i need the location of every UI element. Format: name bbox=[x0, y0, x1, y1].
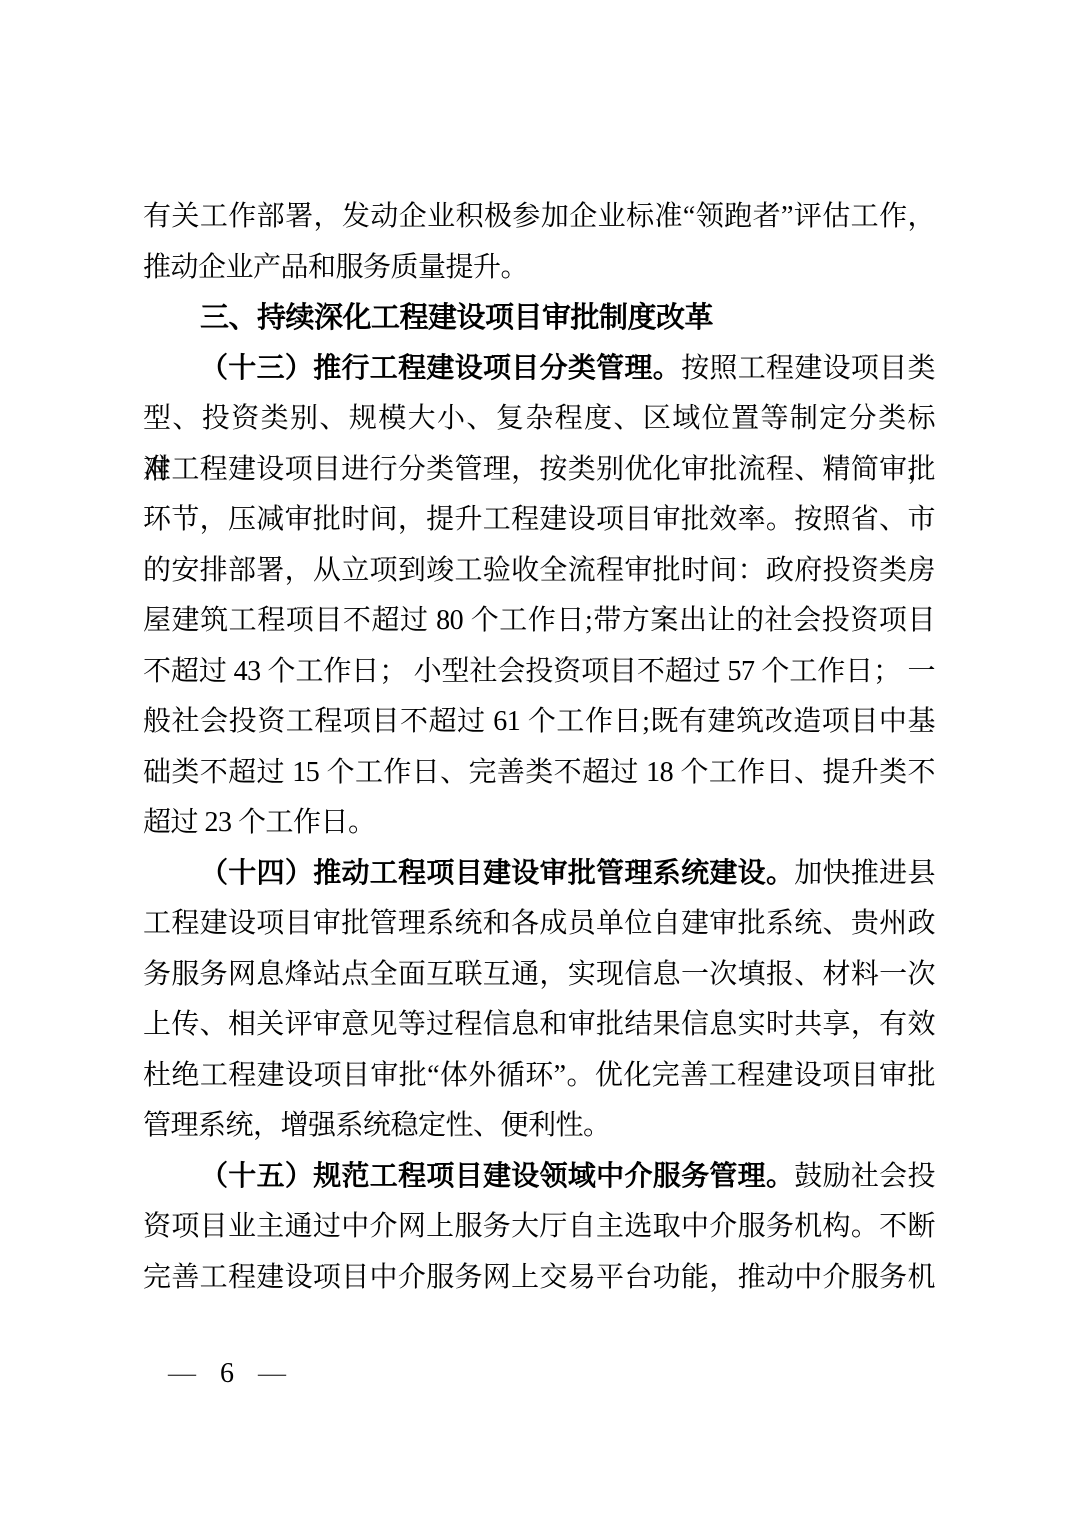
text-segment: 管理系统，增强系统稳定性、便利性。 bbox=[143, 1110, 611, 1141]
text-segment: 上传、相关评审意见等过程信息和审批结果信息实时共享，有效 bbox=[143, 1009, 935, 1040]
emphasis-segment: 三、持续深化工程建设项目审批制度改革 bbox=[200, 302, 713, 334]
text-line: 有关工作部署，发动企业积极参加企业标准“领跑者”评估工作， bbox=[143, 192, 935, 243]
footer-right-dash: — bbox=[258, 1358, 286, 1390]
text-segment: 加快推进县 bbox=[794, 858, 935, 889]
text-line: 资项目业主通过中介网上服务大厅自主选取中介服务机构。不断 bbox=[143, 1202, 935, 1253]
text-segment: 的安排部署，从立项到竣工验收全流程审批时间：政府投资类房 bbox=[143, 555, 935, 586]
text-line: 础类不超过 15 个工作日、完善类不超过 18 个工作日、提升类不 bbox=[143, 748, 935, 799]
text-line: 杜绝工程建设项目审批“体外循环”。优化完善工程建设项目审批 bbox=[143, 1051, 935, 1102]
text-line: 环节，压减审批时间，提升工程建设项目审批效率。按照省、市 bbox=[143, 495, 935, 546]
footer-left-dash: — bbox=[168, 1358, 196, 1390]
text-segment: 务服务网息烽站点全面互联互通，实现信息一次填报、材料一次 bbox=[143, 959, 935, 990]
text-line: 对工程建设项目进行分类管理，按类别优化审批流程、精简审批 bbox=[143, 445, 935, 496]
text-segment: 超过 23 个工作日。 bbox=[143, 807, 376, 838]
page-footer: — 6 — bbox=[168, 1358, 286, 1390]
emphasis-segment: （十四）推动工程项目建设审批管理系统建设。 bbox=[200, 858, 794, 889]
text-segment: 环节，压减审批时间，提升工程建设项目审批效率。按照省、市 bbox=[143, 504, 935, 535]
page-number: 6 bbox=[220, 1358, 234, 1390]
emphasis-segment: （十五）规范工程项目建设领域中介服务管理。 bbox=[200, 1161, 794, 1192]
text-line: 屋建筑工程项目不超过 80 个工作日;带方案出让的社会投资项目 bbox=[143, 596, 935, 647]
text-segment: 资项目业主通过中介网上服务大厅自主选取中介服务机构。不断 bbox=[143, 1211, 935, 1242]
text-line: 工程建设项目审批管理系统和各成员单位自建审批系统、贵州政 bbox=[143, 899, 935, 950]
text-segment: 完善工程建设项目中介服务网上交易平台功能，推动中介服务机 bbox=[143, 1262, 935, 1293]
emphasis-segment: （十三）推行工程建设项目分类管理。 bbox=[200, 353, 681, 384]
section-heading: 三、持续深化工程建设项目审批制度改革 bbox=[143, 293, 935, 344]
text-line: 的安排部署，从立项到竣工验收全流程审批时间：政府投资类房 bbox=[143, 546, 935, 597]
text-segment: 工程建设项目审批管理系统和各成员单位自建审批系统、贵州政 bbox=[143, 908, 935, 939]
text-line: 完善工程建设项目中介服务网上交易平台功能，推动中介服务机 bbox=[143, 1253, 935, 1304]
text-segment: 屋建筑工程项目不超过 80 个工作日;带方案出让的社会投资项目 bbox=[143, 605, 935, 636]
text-line: 不超过 43 个工作日； 小型社会投资项目不超过 57 个工作日； 一 bbox=[143, 647, 935, 698]
text-segment: 不超过 43 个工作日； 小型社会投资项目不超过 57 个工作日； 一 bbox=[143, 656, 935, 687]
document-page: 有关工作部署，发动企业积极参加企业标准“领跑者”评估工作，推动企业产品和服务质量… bbox=[0, 0, 1074, 1520]
text-line: 超过 23 个工作日。 bbox=[143, 798, 935, 849]
text-segment: 鼓励社会投 bbox=[794, 1161, 935, 1192]
text-line: 般社会投资工程项目不超过 61 个工作日;既有建筑改造项目中基 bbox=[143, 697, 935, 748]
text-line: （十五）规范工程项目建设领域中介服务管理。鼓励社会投 bbox=[143, 1152, 935, 1203]
text-segment: 推动企业产品和服务质量提升。 bbox=[143, 252, 528, 283]
text-segment: 杜绝工程建设项目审批“体外循环”。优化完善工程建设项目审批 bbox=[143, 1060, 935, 1091]
text-line: 推动企业产品和服务质量提升。 bbox=[143, 243, 935, 294]
text-segment: 对工程建设项目进行分类管理，按类别优化审批流程、精简审批 bbox=[143, 454, 935, 485]
text-line: （十四）推动工程项目建设审批管理系统建设。加快推进县 bbox=[143, 849, 935, 900]
text-segment: 般社会投资工程项目不超过 61 个工作日;既有建筑改造项目中基 bbox=[143, 706, 935, 737]
document-body: 有关工作部署，发动企业积极参加企业标准“领跑者”评估工作，推动企业产品和服务质量… bbox=[143, 192, 935, 1303]
text-segment: 按照工程建设项目类 bbox=[681, 353, 935, 384]
text-line: 管理系统，增强系统稳定性、便利性。 bbox=[143, 1101, 935, 1152]
text-line: 务服务网息烽站点全面互联互通，实现信息一次填报、材料一次 bbox=[143, 950, 935, 1001]
text-line: 型、投资类别、规模大小、复杂程度、区域位置等制定分类标准， bbox=[143, 394, 935, 445]
text-line: （十三）推行工程建设项目分类管理。按照工程建设项目类 bbox=[143, 344, 935, 395]
text-line: 上传、相关评审意见等过程信息和审批结果信息实时共享，有效 bbox=[143, 1000, 935, 1051]
text-segment: 有关工作部署，发动企业积极参加企业标准“领跑者”评估工作， bbox=[143, 201, 935, 232]
text-segment: 础类不超过 15 个工作日、完善类不超过 18 个工作日、提升类不 bbox=[143, 757, 935, 788]
